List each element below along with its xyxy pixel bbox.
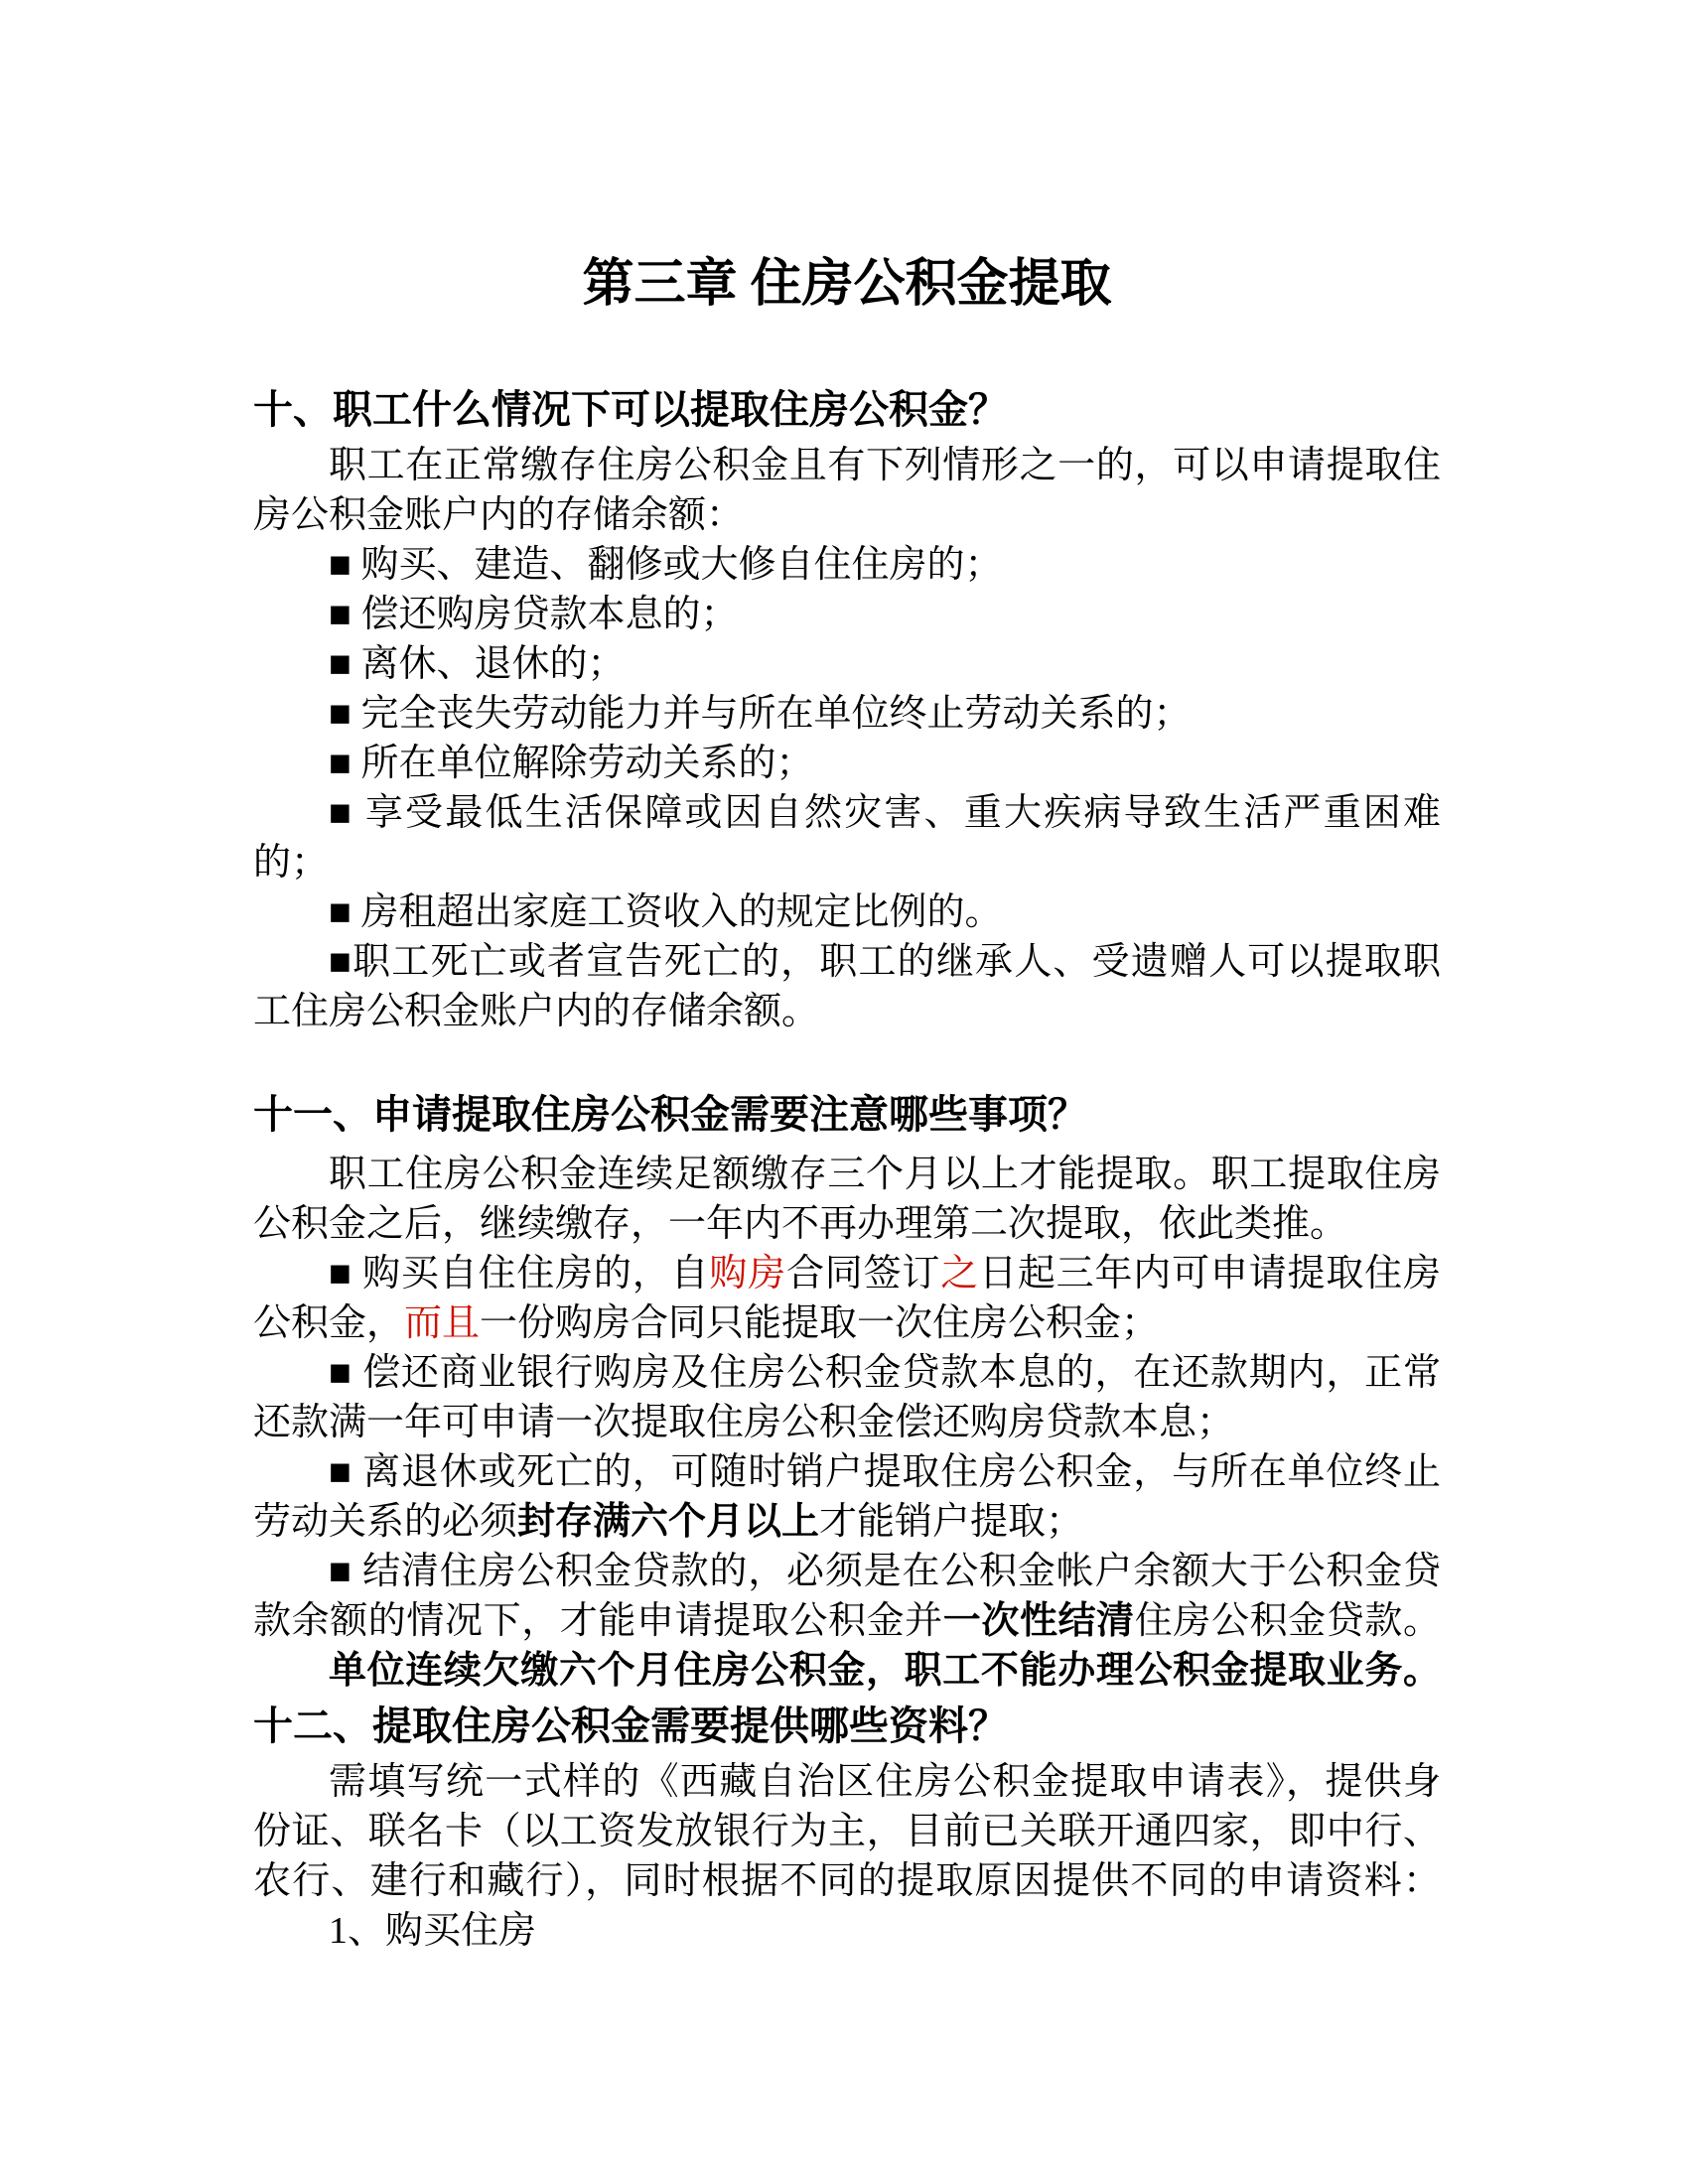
text-segment: 房公积金账户内的存储余额： xyxy=(253,494,744,536)
text-line: ■ 房租超出家庭工资收入的规定比例的。 xyxy=(253,887,1441,937)
text-line: ■ 购买、建造、翻修或大修自住住房的； xyxy=(253,540,1441,590)
text-segment: ■ 结清住房公积金贷款的，必须是在公积金帐户余额大于公积金贷 xyxy=(329,1551,1441,1592)
sections: 十、职工什么情况下可以提取住房公积金？职工在正常缴存住房公积金且有下列情形之一的… xyxy=(253,387,1441,1956)
text-line: 单位连续欠缴六个月住房公积金，职工不能办理公积金提取业务。 xyxy=(253,1646,1441,1696)
text-line: ■职工死亡或者宣告死亡的，职工的继承人、受遗赠人可以提取职 xyxy=(253,937,1441,987)
text-segment: ■ 房租超出家庭工资收入的规定比例的。 xyxy=(329,891,1002,933)
text-segment: ■ 所在单位解除劳动关系的； xyxy=(329,743,813,784)
text-line: 职工在正常缴存住房公积金且有下列情形之一的，可以申请提取住 xyxy=(253,441,1441,490)
red-highlight-text: 购房 xyxy=(709,1253,786,1295)
text-segment: 款余额的情况下，才能申请提取公积金并 xyxy=(253,1600,943,1642)
text-segment: 份证、联名卡（以工资发放银行为主，目前已关联开通四家，即中行、 xyxy=(253,1811,1441,1852)
bold-emphasis-text: 单位连续欠缴六个月住房公积金，职工不能办理公积金提取业务。 xyxy=(329,1650,1441,1692)
text-segment: ■职工死亡或者宣告死亡的，职工的继承人、受遗赠人可以提取职 xyxy=(329,941,1441,983)
text-line: 劳动关系的必须封存满六个月以上才能销户提取； xyxy=(253,1497,1441,1547)
text-line: 工住房公积金账户内的存储余额。 xyxy=(253,987,1441,1036)
text-line: 的； xyxy=(253,838,1441,887)
text-segment: ■ 偿还商业银行购房及住房公积金贷款本息的，在还款期内，正常 xyxy=(329,1352,1441,1394)
text-line: ■ 离休、退休的； xyxy=(253,639,1441,689)
text-segment: ■ 购买、建造、翻修或大修自住住房的； xyxy=(329,544,1002,586)
text-segment: 1、购买住房 xyxy=(329,1910,536,1952)
red-highlight-text: 之 xyxy=(940,1253,979,1295)
text-line: ■ 偿还购房贷款本息的； xyxy=(253,590,1441,639)
text-segment: 职工在正常缴存住房公积金且有下列情形之一的，可以申请提取住 xyxy=(329,445,1441,486)
text-segment: 还款满一年可申请一次提取住房公积金偿还购房贷款本息； xyxy=(253,1402,1234,1443)
text-line: ■ 结清住房公积金贷款的，必须是在公积金帐户余额大于公积金贷 xyxy=(253,1547,1441,1596)
text-segment: 职工住房公积金连续足额缴存三个月以上才能提取。职工提取住房 xyxy=(329,1154,1441,1195)
section-heading: 十、职工什么情况下可以提取住房公积金？ xyxy=(253,387,1441,433)
text-segment: ■ 购买自住住房的，自 xyxy=(329,1253,709,1295)
text-line: 需填写统一式样的《西藏自治区住房公积金提取申请表》，提供身 xyxy=(253,1757,1441,1807)
text-line: ■ 偿还商业银行购房及住房公积金贷款本息的，在还款期内，正常 xyxy=(253,1348,1441,1398)
section-heading: 十一、申请提取住房公积金需要注意哪些事项？ xyxy=(253,1092,1441,1138)
text-segment: 公积金之后，继续缴存，一年内不再办理第二次提取，依此类推。 xyxy=(253,1203,1347,1245)
text-line: 款余额的情况下，才能申请提取公积金并一次性结清住房公积金贷款。 xyxy=(253,1596,1441,1646)
text-line: ■ 享受最低生活保障或因自然灾害、重大疾病导致生活严重困难 xyxy=(253,788,1441,838)
document-page: 第三章 住房公积金提取 十、职工什么情况下可以提取住房公积金？职工在正常缴存住房… xyxy=(0,0,1688,2184)
text-segment: 一份购房合同只能提取一次住房公积金； xyxy=(480,1302,1159,1344)
document-content: 第三章 住房公积金提取 十、职工什么情况下可以提取住房公积金？职工在正常缴存住房… xyxy=(253,0,1441,1956)
text-segment: 工住房公积金账户内的存储余额。 xyxy=(253,991,819,1032)
text-segment: 的； xyxy=(253,842,329,884)
text-line: ■ 所在单位解除劳动关系的； xyxy=(253,739,1441,788)
text-line: 农行、建行和藏行），同时根据不同的提取原因提供不同的申请资料： xyxy=(253,1856,1441,1906)
text-line: 份证、联名卡（以工资发放银行为主，目前已关联开通四家，即中行、 xyxy=(253,1807,1441,1856)
text-line: ■ 完全丧失劳动能力并与所在单位终止劳动关系的； xyxy=(253,689,1441,739)
text-line: 职工住房公积金连续足额缴存三个月以上才能提取。职工提取住房 xyxy=(253,1150,1441,1199)
section-heading: 十二、提取住房公积金需要提供哪些资料？ xyxy=(253,1704,1441,1749)
section-ten-withdrawal-conditions: 十、职工什么情况下可以提取住房公积金？职工在正常缴存住房公积金且有下列情形之一的… xyxy=(253,387,1441,1036)
text-segment: 劳动关系的必须 xyxy=(253,1501,517,1543)
text-line: ■ 离退休或死亡的，可随时销户提取住房公积金，与所在单位终止 xyxy=(253,1447,1441,1497)
bold-emphasis-text: 封存满六个月以上 xyxy=(517,1501,819,1543)
text-segment: ■ 偿还购房贷款本息的； xyxy=(329,594,738,635)
bold-emphasis-text: 一次性结清 xyxy=(943,1600,1135,1642)
text-segment: ■ 离退休或死亡的，可随时销户提取住房公积金，与所在单位终止 xyxy=(329,1451,1441,1493)
text-line: 房公积金账户内的存储余额： xyxy=(253,490,1441,540)
text-segment: 才能销户提取； xyxy=(819,1501,1083,1543)
text-segment: ■ 离休、退休的； xyxy=(329,643,625,685)
text-segment: 日起三年内可申请提取住房 xyxy=(979,1253,1441,1295)
text-segment: 住房公积金贷款。 xyxy=(1135,1600,1441,1642)
text-line: 公积金之后，继续缴存，一年内不再办理第二次提取，依此类推。 xyxy=(253,1199,1441,1249)
text-line: ■ 购买自住住房的，自购房合同签订之日起三年内可申请提取住房 xyxy=(253,1249,1441,1298)
section-eleven-withdrawal-notes: 十一、申请提取住房公积金需要注意哪些事项？职工住房公积金连续足额缴存三个月以上才… xyxy=(253,1092,1441,1696)
text-segment: ■ 完全丧失劳动能力并与所在单位终止劳动关系的； xyxy=(329,693,1191,735)
section-twelve-required-documents: 十二、提取住房公积金需要提供哪些资料？需填写统一式样的《西藏自治区住房公积金提取… xyxy=(253,1704,1441,1956)
text-line: 1、购买住房 xyxy=(253,1906,1441,1956)
text-segment: 需填写统一式样的《西藏自治区住房公积金提取申请表》，提供身 xyxy=(329,1761,1441,1803)
red-highlight-text: 而且 xyxy=(404,1302,480,1344)
text-segment: 公积金， xyxy=(253,1302,404,1344)
text-line: 公积金，而且一份购房合同只能提取一次住房公积金； xyxy=(253,1298,1441,1348)
text-segment: 农行、建行和藏行），同时根据不同的提取原因提供不同的申请资料： xyxy=(253,1860,1441,1902)
text-line: 还款满一年可申请一次提取住房公积金偿还购房贷款本息； xyxy=(253,1398,1441,1447)
text-segment: 合同签订 xyxy=(786,1253,940,1295)
text-segment: ■ 享受最低生活保障或因自然灾害、重大疾病导致生活严重困难 xyxy=(329,792,1441,834)
page-title: 第三章 住房公积金提取 xyxy=(253,254,1441,316)
